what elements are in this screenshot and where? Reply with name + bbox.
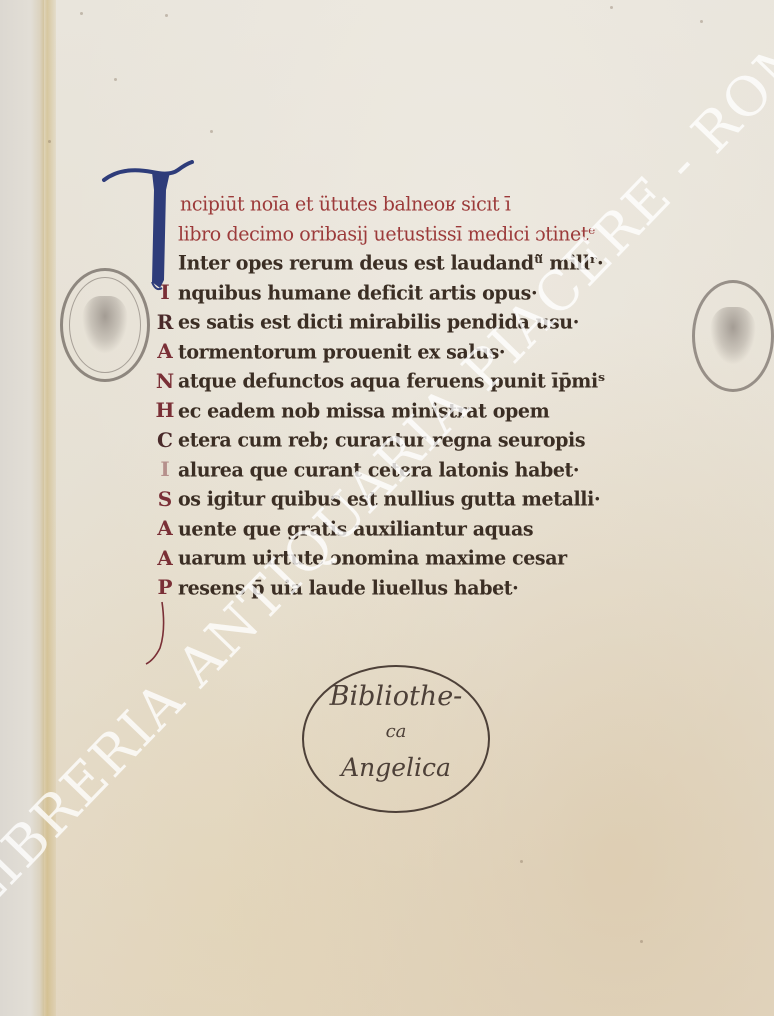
- text-line: nquibus humane deficit artis opus·: [178, 278, 698, 309]
- seal-stamp-left: [60, 268, 150, 382]
- margin-capital: S: [152, 485, 178, 515]
- text-line: etera cum reb; curantur regna seuropis: [178, 425, 698, 456]
- seal-figure-icon: [82, 296, 128, 354]
- manuscript-page: I R A N H C I S A A P ncipiūt noīa et üt…: [0, 0, 774, 1016]
- text-line: Inter opes rerum deus est laudandᵘ̃ mill…: [178, 248, 698, 279]
- text-line: resens p̄ uia laude liuellus habet·: [178, 573, 698, 604]
- binding-gutter: [0, 0, 44, 1016]
- margin-capital: C: [152, 426, 178, 456]
- text-line: ec eadem nob missa ministrat opem: [178, 396, 698, 427]
- text-line: uarum uirtute ɔnomina maxime cesar: [178, 543, 698, 574]
- pen-flourish-icon: [140, 600, 180, 670]
- library-stamp: Bibliothe- ca Angelica: [302, 665, 490, 813]
- rubric-line: ncipiūt noīa et ütutes balneoʁ sicıt ī: [180, 189, 698, 220]
- margin-capital: I: [152, 455, 178, 485]
- text-line: atque defunctos aqua feruens punit īp̄m…: [178, 366, 698, 397]
- margin-capital: P: [152, 573, 178, 603]
- margin-capital: H: [152, 396, 178, 426]
- text-line: tormentorum prouenit ex salus·: [178, 337, 698, 368]
- margin-capital: I: [152, 278, 178, 308]
- library-stamp-line: ca: [304, 721, 488, 742]
- seal-figure-icon: [710, 307, 756, 365]
- margin-capitals: I R A N H C I S A A P: [152, 278, 178, 603]
- margin-capital: A: [152, 514, 178, 544]
- rubric-line: libro decimo oribasij uetustissī medici…: [178, 219, 698, 250]
- text-line: uente que gratis auxiliantur aquas: [178, 514, 698, 545]
- library-stamp-line: Angelica: [304, 753, 488, 782]
- margin-capital: A: [152, 337, 178, 367]
- margin-capital: R: [152, 308, 178, 338]
- margin-capital: N: [152, 367, 178, 397]
- text-line: es satis est dicti mirabilis pendida usu…: [178, 307, 698, 338]
- manuscript-text: ncipiūt noīa et ütutes balneoʁ sicıt ī l…: [178, 190, 698, 603]
- gutter-stain: [40, 0, 56, 1016]
- text-line: os igitur quibus est nullius gutta metal…: [178, 484, 698, 515]
- library-stamp-line: Bibliothe-: [304, 681, 488, 712]
- margin-capital: A: [152, 544, 178, 574]
- seal-stamp-right: [692, 280, 774, 392]
- text-line: alurea que curant cetera latonis habet·: [178, 455, 698, 486]
